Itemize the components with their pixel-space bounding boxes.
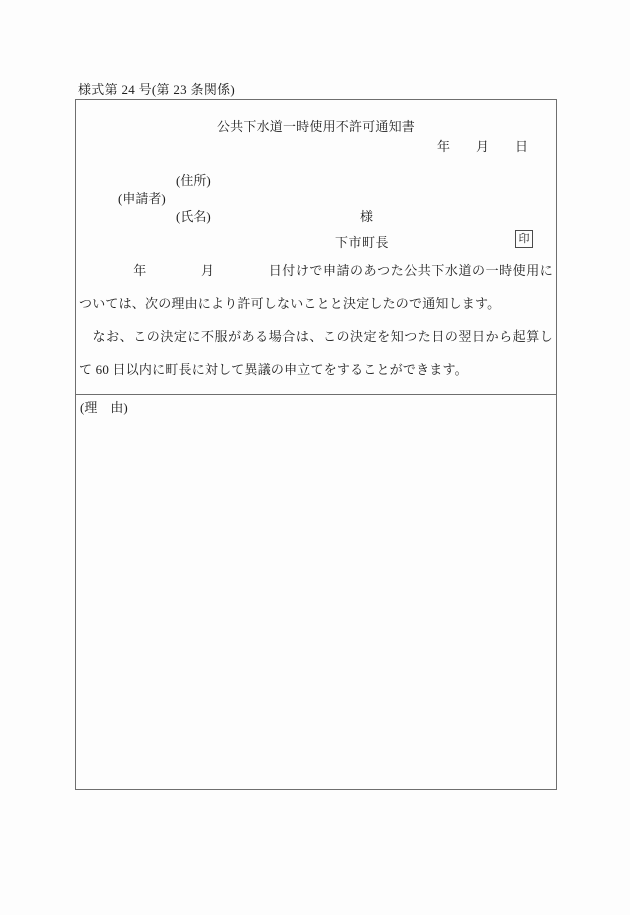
body-text: 年 月 日付けで申請のあつた公共下水道の一時使用については、次の理由により許可し… xyxy=(79,254,553,386)
applicant-name-label: (氏名) xyxy=(176,206,211,225)
document-frame: 公共下水道一時使用不許可通知書 年 月 日 (住所) (申請者) (氏名) 様 … xyxy=(75,99,557,790)
issuer-seal-box: 印 xyxy=(515,230,533,248)
applicant-honorific: 様 xyxy=(360,206,373,225)
document-title: 公共下水道一時使用不許可通知書 xyxy=(76,116,556,135)
issue-date-line: 年 月 日 xyxy=(437,136,528,155)
form-number: 様式第 24 号(第 23 条関係) xyxy=(78,79,235,98)
applicant-group-label: (申請者) xyxy=(118,188,166,207)
issuer-title: 下市町長 xyxy=(335,232,389,251)
document-page: 様式第 24 号(第 23 条関係) 公共下水道一時使用不許可通知書 年 月 日… xyxy=(0,0,630,915)
body-paragraph-2: なお、この決定に不服がある場合は、この決定を知つた日の翌日から起算して 60 日… xyxy=(79,320,553,386)
reason-divider xyxy=(76,394,556,395)
body-paragraph-1: 年 月 日付けで申請のあつた公共下水道の一時使用については、次の理由により許可し… xyxy=(79,254,553,320)
reason-label: (理 由) xyxy=(80,397,128,416)
applicant-address-label: (住所) xyxy=(176,170,211,189)
